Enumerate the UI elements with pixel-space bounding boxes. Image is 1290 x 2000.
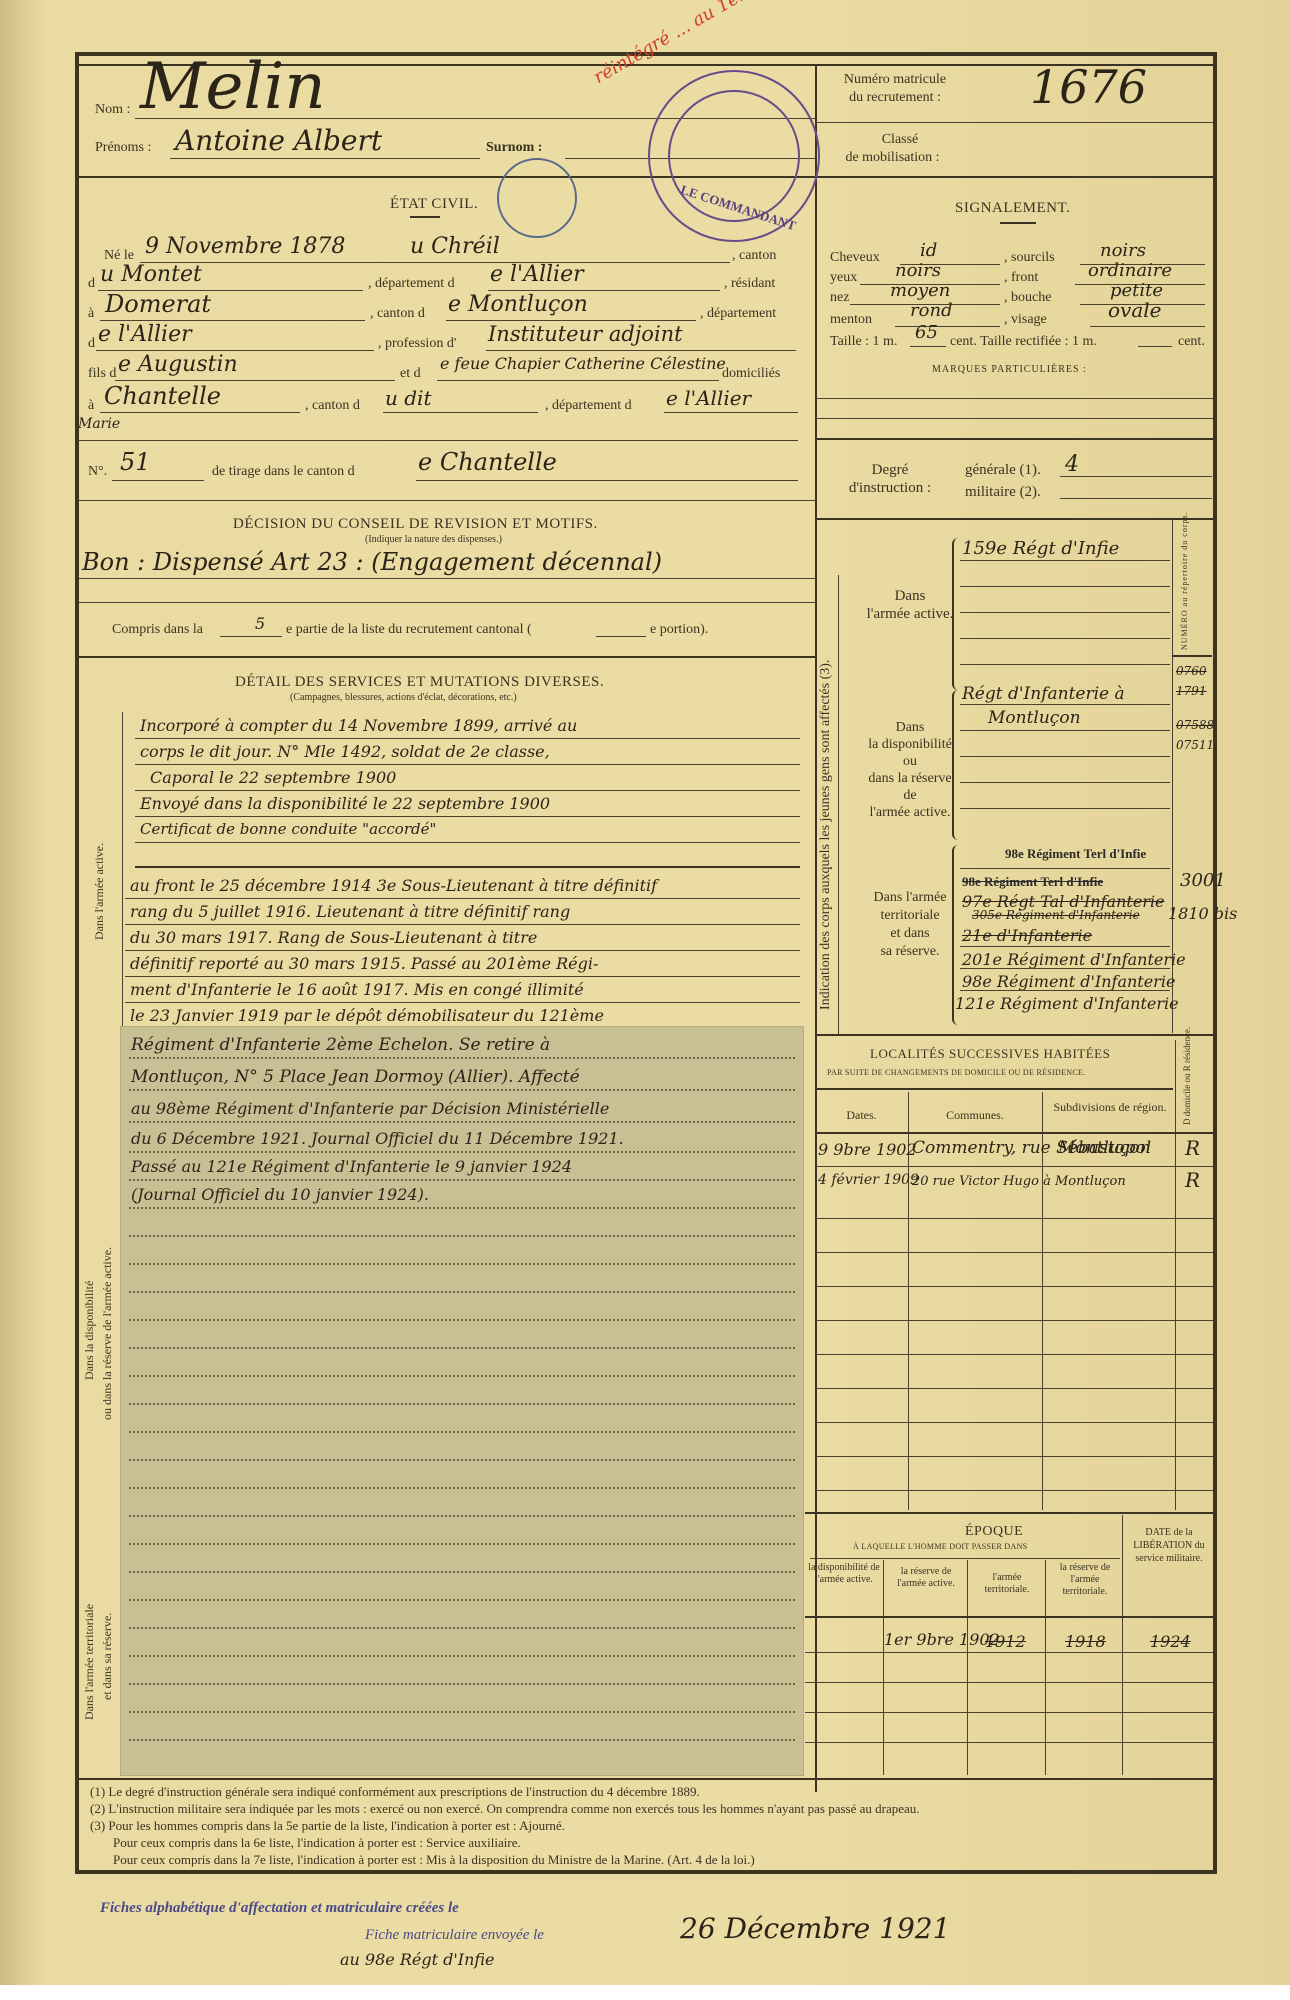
localites-bottom-rule	[805, 1512, 1213, 1514]
corps-rule	[960, 968, 1170, 969]
corps-rule	[960, 704, 1170, 705]
epoque-col-territoriale: l'armée territoriale.	[970, 1572, 1044, 1596]
yeux-label: yeux	[830, 270, 857, 286]
dotted-rule	[129, 1403, 795, 1405]
dotted-rule	[129, 1711, 795, 1713]
dotted-rule	[129, 1739, 795, 1741]
epoque-rule	[805, 1652, 1213, 1653]
dotted-rule	[129, 1235, 795, 1237]
services-subtitle: (Campagnes, blessures, actions d'éclat, …	[290, 692, 517, 703]
side-label-disponibilite-1: Dans la disponibilité	[82, 1281, 97, 1380]
title-dash	[410, 216, 440, 218]
etat-civil-bottom-rule	[79, 500, 815, 501]
corps-active-value: 159e Régt d'Infie	[962, 538, 1119, 559]
departement3-rule	[664, 412, 798, 413]
residant-label: , résidant	[724, 276, 775, 292]
compris-label: Compris dans la	[112, 622, 203, 638]
pasted-line: au 98ème Régiment d'Infanterie par Décis…	[131, 1099, 609, 1118]
dotted-rule	[129, 1655, 795, 1657]
service-line: Caporal le 22 septembre 1900	[150, 768, 396, 787]
localites-type-divider	[1175, 1040, 1176, 1510]
de-label: d	[88, 336, 95, 352]
footnote: (1) Le degré d'instruction générale sera…	[90, 1784, 700, 1800]
cheveux-value: id	[920, 240, 937, 261]
corps-bottom-rule	[815, 1034, 1213, 1036]
dotted-rule	[129, 1207, 795, 1209]
service-line: ment d'Infanterie le 16 août 1917. Mis e…	[130, 980, 584, 999]
profession-value: Instituteur adjoint	[488, 322, 683, 346]
service-line: rang du 5 juillet 1916. Lieutenant à tit…	[130, 902, 570, 921]
canton3-value: u dit	[385, 386, 431, 410]
residant-a-value: Domerat	[105, 290, 211, 318]
corps-rule	[960, 868, 1170, 869]
dotted-rule	[129, 1057, 795, 1059]
dotted-rule	[129, 1431, 795, 1433]
visage-value: ovale	[1108, 298, 1162, 322]
footnote: Pour ceux compris dans la 7e liste, l'in…	[113, 1852, 755, 1868]
dotted-rule	[129, 1291, 795, 1293]
decision-title: DÉCISION DU CONSEIL DE REVISION ET MOTIF…	[233, 516, 598, 533]
mother-name-continuation: Marie	[78, 416, 120, 432]
departement3-label: , département d	[545, 398, 632, 414]
footnote: (3) Pour les hommes compris dans la 5e p…	[90, 1818, 565, 1834]
front-label: , front	[1004, 270, 1038, 286]
residant-rule	[100, 320, 365, 321]
localite-date: 4 février 1909	[818, 1172, 919, 1188]
corps-territoriale-value: 121e Régiment d'Infanterie	[955, 994, 1179, 1013]
signalement-title: SIGNALEMENT.	[955, 200, 1070, 217]
decision-subtitle: (Indiquer la nature des dispenses.)	[365, 534, 502, 545]
du-label: d	[88, 276, 95, 292]
epoque-col-reserve-territoriale: la réserve de l'armée territoriale.	[1048, 1562, 1122, 1598]
sourcils-value: noirs	[1100, 240, 1146, 261]
taille-value: 65	[915, 322, 938, 343]
repertoire-number: 07511	[1176, 738, 1214, 752]
epoque-subtitle: À LAQUELLE L'HOMME DOIT PASSER DANS	[853, 1542, 1027, 1551]
territoriale-stamp: 98e Régiment Terl d'Infie	[1005, 846, 1146, 862]
dotted-rule	[129, 1627, 795, 1629]
repertoire-number: 1791	[1176, 684, 1207, 698]
repertoire-number: 1810 bis	[1168, 904, 1237, 923]
marques-rule-1	[815, 398, 1213, 399]
localite-rule	[815, 1388, 1213, 1389]
fiche-destination-value: au 98e Régt d'Infie	[340, 1950, 495, 1969]
service-line: définitif reporté au 30 mars 1915. Passé…	[130, 954, 598, 973]
liberation-header: DATE de la LIBÉRATION du service militai…	[1125, 1526, 1213, 1565]
corps-rule	[960, 808, 1170, 809]
service-line: corps le dit jour. N° Mle 1492, soldat d…	[140, 742, 550, 761]
side-label-disponibilite-2: ou dans la réserve de l'armée active.	[100, 1247, 115, 1420]
domicile-rule	[100, 412, 300, 413]
corps-disponibilite-value: Montluçon	[988, 708, 1081, 728]
service-section-rule	[135, 866, 800, 868]
corps-rule	[960, 990, 1170, 991]
repertoire-number: 0760	[1176, 664, 1207, 678]
epoque-rule	[805, 1712, 1213, 1713]
matricule-label-2: du recrutement :	[835, 90, 955, 106]
fils-de-rule	[115, 380, 395, 381]
dotted-rule	[129, 1121, 795, 1123]
disponibilite-brace	[952, 690, 960, 840]
corps-rule	[960, 730, 1170, 731]
dotted-rule	[129, 1599, 795, 1601]
col-header-domicile: D domicile ou R résidence.	[1182, 1027, 1192, 1125]
nom-value: Melin	[140, 50, 326, 124]
tirage-value: e Chantelle	[418, 448, 557, 476]
domicilies-label: domiciliés	[722, 366, 780, 382]
nez-value: moyen	[890, 280, 950, 301]
militaire-rule	[1060, 498, 1212, 499]
matricule-rule	[815, 122, 1213, 123]
scan-edge	[0, 1985, 1290, 2000]
localite-date: 9 9bre 1902	[818, 1140, 917, 1159]
dotted-rule	[129, 1319, 795, 1321]
dotted-rule	[129, 1459, 795, 1461]
dotted-rule	[129, 1347, 795, 1349]
liberation-value: 1924	[1150, 1632, 1191, 1651]
et-de-rule	[437, 380, 719, 381]
service-line: Incorporé à compter du 14 Novembre 1899,…	[140, 716, 577, 735]
front-value: ordinaire	[1088, 260, 1172, 281]
localite-rule	[815, 1286, 1213, 1287]
corps-territoriale-value: 201e Régiment d'Infanterie	[962, 950, 1186, 969]
service-rule	[125, 1002, 800, 1003]
dotted-rule	[129, 1515, 795, 1517]
de-value: e l'Allier	[98, 322, 192, 347]
corps-rule	[960, 664, 1170, 665]
col-header-dates: Dates.	[815, 1108, 908, 1123]
localite-commune: 20 rue Victor Hugo à Montluçon	[912, 1174, 1126, 1189]
localites-col-header-rule	[815, 1132, 1213, 1134]
localites-header-rule	[815, 1088, 1173, 1090]
canton-label: , canton	[732, 248, 776, 264]
localites-subtitle: PAR SUITE DE CHANGEMENTS DE DOMICILE OU …	[827, 1068, 1086, 1077]
continuation-rule	[78, 440, 798, 441]
corps-rule	[960, 638, 1170, 639]
service-line: du 30 mars 1917. Rang de Sous-Lieutenant…	[130, 928, 537, 947]
classe-label-1: Classé	[845, 132, 955, 148]
service-line: Envoyé dans la disponibilité le 22 septe…	[140, 794, 550, 813]
localite-rule	[815, 1354, 1213, 1355]
portion-rule	[596, 636, 646, 637]
profession-rule	[486, 350, 796, 351]
canton2-rule	[446, 320, 696, 321]
service-rule	[135, 738, 800, 739]
marques-rule-2	[815, 418, 1213, 419]
instruction-label-2: d'instruction :	[825, 480, 955, 497]
et-de-value: e feue Chapier Catherine Célestine	[440, 354, 726, 373]
taille-rect-rule	[1138, 346, 1172, 347]
matricule-value: 1676	[1030, 60, 1147, 114]
decision-value: Bon : Dispensé Art 23 : (Engagement déce…	[82, 548, 662, 576]
numero-header-rule	[1172, 655, 1212, 657]
epoque-value-reserve-territoriale: 1918	[1065, 1632, 1106, 1651]
generale-rule	[1060, 476, 1212, 477]
domicile-a-value: Chantelle	[104, 382, 221, 410]
instruction-generale-label: générale (1).	[965, 462, 1041, 479]
ne-le-value: 9 Novembre 1878	[145, 234, 345, 259]
corps-rule	[960, 946, 1170, 947]
instruction-bottom-rule	[815, 518, 1213, 520]
dotted-rule	[129, 1179, 795, 1181]
decision-bottom-rule	[79, 656, 815, 658]
main-column-divider	[815, 64, 817, 1792]
numero-repertoire-label: NUMÉRO au répertoire du corps.	[1180, 511, 1189, 650]
bouche-label: , bouche	[1004, 290, 1051, 306]
registry-page: Nom : Melin Prénoms : Antoine Albert Sur…	[0, 0, 1290, 2000]
localite-type: R	[1185, 1168, 1200, 1192]
footnotes-top-rule	[79, 1778, 1213, 1780]
repertoire-number: 3001	[1180, 870, 1226, 891]
side-label-active: Dans l'armée active.	[92, 843, 107, 940]
col-header-subdivisions: Subdivisions de région.	[1050, 1100, 1170, 1115]
service-rule	[125, 976, 800, 977]
tirage-label: de tirage dans le canton d	[212, 464, 355, 480]
service-rule	[135, 816, 800, 817]
corps-rule	[960, 586, 1170, 587]
fils-de-label: fils d	[88, 366, 116, 382]
title-dash	[1000, 222, 1036, 224]
prenoms-rule	[170, 158, 480, 159]
menton-label: menton	[830, 312, 872, 328]
classe-label-2: de mobilisation :	[830, 150, 955, 166]
side-label-territoriale-2: et dans sa réserve.	[100, 1613, 115, 1700]
menton-value: rond	[910, 300, 953, 321]
localite-rule	[815, 1166, 1213, 1167]
tirage-no-label: N°.	[88, 464, 107, 480]
visage-rule	[1090, 326, 1205, 327]
marques-rule-3	[815, 438, 1213, 440]
etat-civil-title: ÉTAT CIVIL.	[390, 196, 478, 213]
col-header-communes: Communes.	[910, 1108, 1040, 1123]
pasted-continuation-sheet: Régiment d'Infanterie 2ème Echelon. Se r…	[121, 1027, 803, 1775]
footnote: Pour ceux compris dans la 6e liste, l'in…	[113, 1835, 521, 1851]
epoque-col-reserve-active: la réserve de l'armée active.	[886, 1566, 966, 1590]
taille-label: Taille : 1 m.	[830, 334, 897, 350]
instruction-label-1: Degré	[835, 462, 945, 479]
domicile-a-label: à	[88, 398, 94, 414]
active-brace	[952, 538, 960, 690]
departement-label: , département d	[368, 276, 455, 292]
surnom-label: Surnom :	[486, 140, 542, 156]
service-rule	[125, 924, 800, 925]
service-line: au front le 25 décembre 1914 3e Sous-Lie…	[130, 876, 657, 895]
compris-rule	[220, 636, 282, 637]
localite-rule	[815, 1320, 1213, 1321]
du-value: u Montet	[100, 262, 202, 287]
epoque-col-disponibilite: la disponibilité de l'armée active.	[805, 1562, 883, 1586]
repertoire-number: 07588	[1176, 718, 1214, 732]
localite-type: R	[1185, 1136, 1200, 1160]
sourcils-label: , sourcils	[1004, 250, 1055, 266]
header-rule	[79, 176, 1213, 178]
instruction-generale-value: 4	[1065, 452, 1079, 477]
tirage-rule	[416, 480, 798, 481]
localite-rule	[815, 1456, 1213, 1457]
liberation-divider	[1122, 1515, 1123, 1775]
dotted-rule	[129, 1089, 795, 1091]
profession-label: , profession d'	[378, 336, 456, 352]
departement-rule	[488, 290, 720, 291]
epoque-title: ÉPOQUE	[965, 1524, 1023, 1540]
localite-rule	[815, 1490, 1213, 1491]
fils-de-value: e Augustin	[118, 352, 238, 377]
localite-rule	[815, 1218, 1213, 1219]
pasted-line: (Journal Officiel du 10 janvier 1924).	[131, 1185, 429, 1204]
pasted-line: du 6 Décembre 1921. Journal Officiel du …	[131, 1129, 624, 1148]
territoriale-stamp-struck: 98e Régiment Terl d'Infie	[962, 874, 1103, 890]
portion-suffix: e portion).	[650, 622, 708, 638]
compris-value: 5	[255, 614, 265, 633]
fiches-creees-label: Fiches alphabétique d'affectation et mat…	[100, 1900, 459, 1917]
prenoms-label: Prénoms :	[95, 140, 151, 156]
decision-rule-2	[79, 602, 815, 603]
dotted-rule	[129, 1151, 795, 1153]
dotted-rule	[129, 1263, 795, 1265]
epoque-brace-rule	[810, 1558, 1120, 1559]
localite-subdivision: Montluçon	[1058, 1138, 1151, 1158]
decision-rule-1	[79, 578, 815, 579]
pasted-line: Montluçon, N° 5 Place Jean Dormoy (Allie…	[131, 1067, 580, 1087]
canton3-label: , canton d	[305, 398, 360, 414]
birth-place-value: u Chréil	[410, 234, 500, 259]
taille-rect-cent: cent.	[1178, 334, 1205, 350]
service-line: Certificat de bonne conduite "accordé"	[140, 820, 436, 838]
service-rule	[125, 950, 800, 951]
services-title: DÉTAIL DES SERVICES ET MUTATIONS DIVERSE…	[235, 674, 604, 691]
corps-disponibilite-value: Régt d'Infanterie à	[962, 684, 1125, 704]
tirage-no-rule	[112, 480, 204, 481]
dotted-rule	[129, 1375, 795, 1377]
cheveux-label: Cheveux	[830, 250, 880, 266]
residant-a-label: à	[88, 306, 94, 322]
de-rule	[96, 350, 374, 351]
corps-territoriale-value: 305e Régiment d'Infanterie	[972, 908, 1140, 922]
departement2-label: , département	[700, 306, 776, 322]
yeux-value: noirs	[895, 260, 941, 281]
service-rule	[135, 764, 800, 765]
compris-suffix: e partie de la liste du recrutement cant…	[286, 622, 532, 638]
dotted-rule	[129, 1571, 795, 1573]
taille-rectifiee-label: cent. Taille rectifiée : 1 m.	[950, 334, 1097, 350]
corps-rule	[960, 782, 1170, 783]
epoque-rule	[805, 1742, 1213, 1743]
nez-label: nez	[830, 290, 849, 306]
et-de-label: et d	[400, 366, 421, 382]
instruction-militaire-label: militaire (2).	[965, 484, 1041, 501]
corps-territoriale-value: 98e Régiment d'Infanterie	[962, 972, 1175, 991]
pasted-line: Régiment d'Infanterie 2ème Echelon. Se r…	[131, 1035, 550, 1055]
epoque-rule	[805, 1682, 1213, 1683]
verification-stamp	[497, 158, 577, 238]
prenoms-value: Antoine Albert	[175, 124, 382, 157]
tirage-no-value: 51	[120, 448, 151, 476]
canton2-value: e Montluçon	[448, 292, 588, 317]
service-line: le 23 Janvier 1919 par le dépôt démobili…	[130, 1006, 604, 1025]
side-label-territoriale-1: Dans l'armée territoriale	[82, 1604, 97, 1720]
corps-vertical-label: Indication des corps auxquels les jeunes…	[818, 660, 834, 1010]
service-rule	[135, 790, 800, 791]
corps-rule	[960, 612, 1170, 613]
corps-label-divider	[838, 575, 839, 1035]
pasted-line: Passé au 121e Régiment d'Infanterie le 9…	[131, 1157, 572, 1176]
dotted-rule	[129, 1487, 795, 1489]
commandant-stamp: LE COMMANDANT	[648, 70, 820, 242]
localite-rule	[815, 1252, 1213, 1253]
epoque-value-reserve-active: 1er 9bre 1902	[884, 1630, 1000, 1649]
corps-rule	[960, 560, 1170, 561]
dotted-rule	[129, 1543, 795, 1545]
localites-title: LOCALITÉS SUCCESSIVES HABITÉES	[870, 1046, 1110, 1062]
matricule-label-1: Numéro matricule	[835, 72, 955, 88]
visage-label: , visage	[1004, 312, 1047, 328]
fiche-envoyee-label: Fiche matriculaire envoyée le	[365, 1927, 544, 1944]
nom-label: Nom :	[95, 102, 130, 118]
menton-rule	[895, 326, 1000, 327]
footnote: (2) L'instruction militaire sera indiqué…	[90, 1801, 920, 1817]
departement-value: e l'Allier	[490, 262, 584, 287]
localite-rule	[815, 1422, 1213, 1423]
taille-rule	[910, 346, 946, 347]
service-rule	[135, 842, 800, 843]
fiche-date-value: 26 Décembre 1921	[680, 1912, 950, 1945]
departement3-value: e l'Allier	[666, 386, 751, 410]
corps-territoriale-value: 21e d'Infanterie	[962, 926, 1092, 945]
marques-label: MARQUES PARTICULIÈRES :	[932, 364, 1087, 375]
corps-rule	[960, 756, 1170, 757]
service-rule	[125, 898, 800, 899]
dotted-rule	[129, 1683, 795, 1685]
canton2-label: , canton d	[370, 306, 425, 322]
epoque-header-rule	[805, 1616, 1213, 1618]
epoque-value-territoriale: 1912	[985, 1632, 1026, 1651]
canton3-rule	[383, 412, 538, 413]
